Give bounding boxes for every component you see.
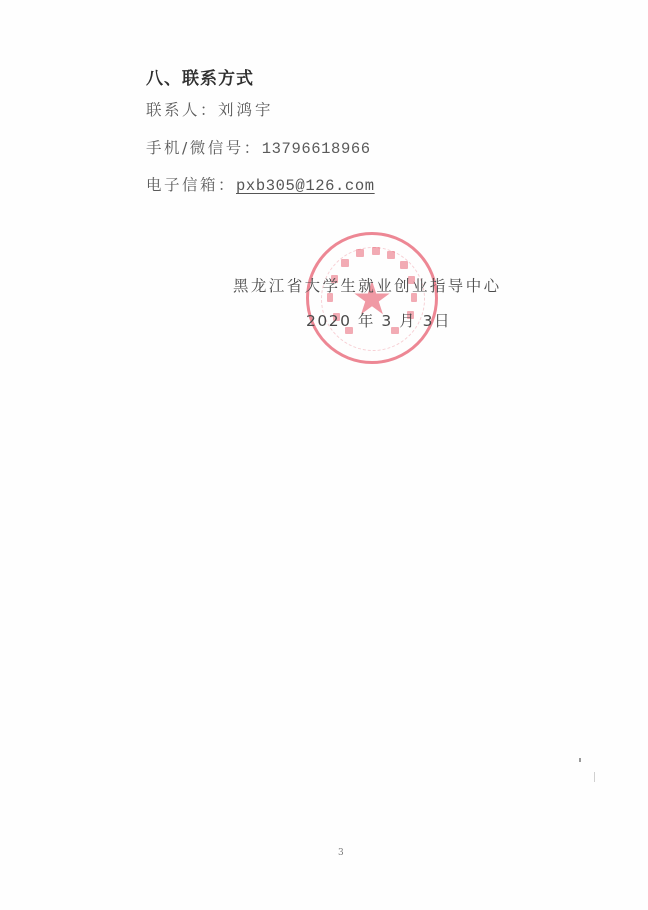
contact-phone-label: 手机/微信号：: [146, 139, 262, 157]
contact-phone-value: 13796618966: [262, 140, 371, 158]
date-month: 3: [381, 312, 392, 330]
page-number: 3: [338, 848, 344, 858]
signature-date: 2020 年 3 月 3日: [306, 309, 451, 331]
document-page: 八、联系方式 联系人：刘鸿宇 手机/微信号：13796618966 电子信箱：p…: [0, 0, 648, 910]
date-month-unit: 月: [399, 312, 416, 330]
contact-phone-line: 手机/微信号：13796618966: [146, 136, 371, 158]
contact-person-line: 联系人：刘鸿宇: [146, 98, 274, 120]
date-year-unit: 年: [358, 312, 375, 330]
date-day-unit: 日: [434, 312, 451, 330]
signature-organization: 黑龙江省大学生就业创业指导中心: [233, 274, 502, 296]
date-day: 3: [423, 312, 434, 330]
contact-person-value: 刘鸿宇: [218, 101, 274, 119]
contact-person-label: 联系人：: [146, 101, 218, 119]
scan-speck: [594, 772, 595, 782]
official-seal-stamp: ★: [306, 232, 438, 364]
contact-email-label: 电子信箱：: [146, 176, 236, 194]
contact-email-link[interactable]: pxb305@126.com: [236, 177, 375, 195]
section-heading: 八、联系方式: [146, 64, 254, 89]
contact-email-line: 电子信箱：pxb305@126.com: [146, 173, 375, 195]
date-year: 2020: [306, 312, 351, 330]
scan-speck: [579, 758, 581, 762]
